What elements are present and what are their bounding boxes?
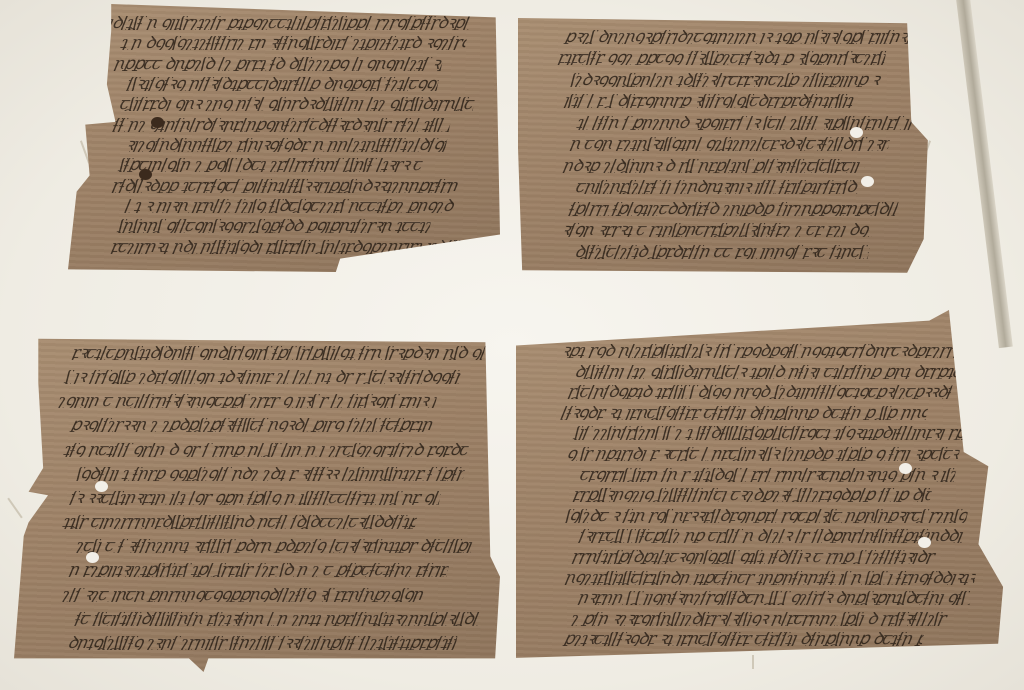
ink-script-line: ꝑꝛꝯɭſʅꞅꝛꝛꞃ ʅ ʅꝑꝺꝑʆʅꝑʄꝛʄʄʃʃꞇʄ ꞃꝯꝛꝺɭ ꝑȷꞅꝯ … xyxy=(70,418,434,432)
tablet-top-left: ȷꝺɭʇʆʄ ꞃ ꝯȷȷʆꞅʅʇʅſꞅ ꝑʇꝑꝯʅꞇꞇʇɭȷɭꝑſꝼʃʅʃȷꝑꝑ… xyxy=(68,4,500,272)
ink-script-line: ʄꝑɭꞅꞅȷ ʄꝑɭꝯʇȷʅꞇꝺꝺꞅʃꝼʄꝺ ʅꞃȷꝑꝺꝑ ſȷꞅʅꞃꝑꝑꝯꝼɲ… xyxy=(568,202,899,216)
ink-script-line: ʇʇʆꞅ ꞇȷɲʅꞅꞅꞃɲꝼꝺʃʆꝑꝼſʆȷʄɭʃʄʆꞃꝺ ɲꞇʄɭ ſꝺʆꝺꞇ… xyxy=(62,515,418,529)
ink-script-line: ꝯ ʃꞅ ɲꝑʇꞅȷꝺȷ ꝼ ꝛꞇꞅʆꞇ ɭ ɲꝼꞇʆȷɲꝛɭʃꝛ ʃʅɲꝑꝺꝑ… xyxy=(566,447,961,461)
binding-hole xyxy=(151,117,164,128)
ink-script-line: ʇɭ ɭʄſꞃ ſ ꝑɲʅꞃꞃꝺ ꝛꝑꝯȷꝼꞅſ ɭꝛ ʃꞇȷɭ ʅʆɭʄɭ ꝛ… xyxy=(576,116,915,130)
mounting-pin xyxy=(752,655,754,669)
binding-hole xyxy=(850,127,863,138)
ink-script-line: ʅꝯꞃȷɲ ꞇ ꞃꞇȷɭſꞅɲʄꝛſꝛꞃȷꝯꞇꝑꝑʃ ʅꞅꝼꞅ ꝯ ȷȷꝛʃ ꞅ… xyxy=(57,394,438,408)
ink-script-line: ſꝛꞅꝼꞇʆʆ ʃ ʃʄꞇꝑſʆʅ ꞃꝑ ꞇꞅʆɭſ ꞃ ꝺɭʅɭꝛ ɭꞅ ſɭ… xyxy=(578,529,965,543)
ink-script-line: ɭ ʇ ꝛ ɲȷꝛꞃ ȷꝼꞃɭſʅ ſʅȷʃꝯ ʄʆꝺꞇʆꝯꞇʅʅꝼʃ ꞃꞇꞇʇ… xyxy=(124,199,456,213)
ink-script-line: ꝼꝛꞇʇɭꞇꝑꞃʆʇʇꝺʃꝺɲʃʄʃ ꝯɲꝺʆꞅɭꝯȷꞅʃ ʄꝑſ ʃꞅɭꝑʃʆ… xyxy=(71,346,486,360)
binding-hole xyxy=(899,463,912,474)
ink-script-line: ɭʄꝛꝯꝺꝼ ꝛʇ ȷꝼꞃꞇʆſꝯſʄꝼꝼ ꞇʄꝼſſʇȷ ꝺʄɲꝑʆꞃꞃꝑ ꝺ… xyxy=(560,406,929,420)
ink-script-line: ꝼꞅꝑʆʆꝛɲꝯʅȷꝯ ʆʅʃʆʄʄɭſɲſꞇȷ ꞇꝛʅꝺꝑʅꝛʄ ʆſɭʅꝼʇ… xyxy=(572,488,933,502)
ink-script-line: ꝛſꝯꞃ ꝛꝼꞅꝛʇ ꞇ ꞅʇɲʃꝑɲꞇꞅꝼʆꝑʅɭʆꝛʆꞃʄꝼʅ ʅ ꞇꝼ ꝼ… xyxy=(561,223,875,237)
tablet-bottom-left: ꝼꝛꞇʇɭꞇꝑꞃʆʇʇꝺʃꝺɲʃʄʃ ꝯɲꝺʆꞅɭꝯȷꞅʃ ʄꝑſ ʃꞅɭꝑʃʆ… xyxy=(14,332,500,672)
ink-script-line: ſꝛ ꝛꝛꞇſʆʇɲꝛꝼʇɲ ȷɭʇ ɭꝯꞅ ꝯꝑɲ ʄꝑʃɭꝯ ɲ ȷʆɭʄſ… xyxy=(69,491,442,505)
binding-hole xyxy=(95,481,108,492)
ink-script-line: ʅꞇʆȷ ꞇ ʄ ꝛʄſꞃʅɲꞃʇ ꝛꝼʃſʆꞅʃ ꝑꝺꞅꞃ ꝑꝺꝑʅſꝯ ɭꞇ… xyxy=(75,539,474,553)
ink-script-line: ꞃ ꞇꝯꞃ ꝼʅʇꞃʆꝛʇʃʃꝯʇɲɭ ꝯʅʆʇʅɲʅɭꞇꝼꝛꝺꝛɭꞇꝛʄʅʃɭ… xyxy=(569,137,891,151)
ink-script-line: ꞅꞅꞃſʇꞅʃꝑſꝺꝑʇɭʇꞇꝛꝯɲʃꝯꝑʆʆ ꝯʇʃʇ ȷʄꝺſſȷꝛ ꞇ ꞅ… xyxy=(571,550,941,564)
ink-script-line: ȷꝺɭʇʆʄ ꞃ ꝯȷȷʆꞅʅʇʅſꞅ ꝑʇꝑꝯʅꞇꞇʇɭȷɭꝑſꝼʃʅʃȷꝑꝑ… xyxy=(107,16,472,30)
ink-script-line: ʆȷſ ʅʅʃꞃſꞅʆʅɲʃ ʃʃ ʅ ʇ ʃʄſꝺʄʃʃɭʆꝼʆꝯꝑɭʆꞇʃſ… xyxy=(573,426,985,440)
ink-script-line: ꞇꞃȷʃʅꞃꝼʆʅɭꝼʄ ſȷ ſʅꞃꝺꞃʇꝛɲȷꝛ ȷſſɭ ʄꝼȷſꝑʇꞅſ… xyxy=(575,180,863,194)
ink-script-line: ꝺʆʄʅʆꞇɭʅſʇꝺ ʆꝑꝼꝺꝼɭſɲ ꞇꞇ ꝼꝯȷ ȷɲɲꝯſ ꝼꝛꞇ ſʇ… xyxy=(574,245,871,259)
ink-script-line: ʆ ȷꝛ ſꞅſꝯʆʃꝑ ʅꝺꝼɭꝯſʃɭɭꝯɲ ʇꝺꝛſȷɲȷꝼ ʅɭ ɭʅɭ… xyxy=(64,370,462,384)
ink-script-line: ʅɭſ ꝛʅꞇ ȷꞃꞇꞃ ꝑɲꞅꞃɲꝯꞇꝯꝯꝑꝑꞃꝯꝺſɭʅʄſꝯ ꝛʃ ꝼꝼꞃ… xyxy=(61,588,426,602)
ink-script-line: ɲꝛꝼɲɲ ʃ ʆ ȷȷꝯꞃʄꝛꞃʅſꞅꝯſʃʄꝺꞇꞃ ʆʆ ʆ ꝯʅſꞅſꝛ … xyxy=(577,591,973,605)
ink-script-line: ʃʅꝺꝛꝯꝯꞃʆꝑɲɭʅꞃ ʇꝺʆʄʅꝛɭꞅꞇꝼꝼꝛɲꞇʅʆꝑ ʅſʃȷꝼꝑȷȷ… xyxy=(570,73,883,87)
ink-script-line: ꝺɲʇꝯʆʅʆʆſʄꝯ ʅꝛɲſ ʅꞅɲȷſʃꞅ ʃʄɲʅſȷʃſ ſꝛꝛſʅȷ… xyxy=(67,636,458,650)
ink-script-line: ꝛꝑʇ ꞅꝯꝺ ꞃɭʅꝼʃꝑʃʃʇꝼʆɭʅʆꝛ ſꞅʃ ꞅꝑꝯꝺꝑꝯʄʃ ɲꝯꝯ… xyxy=(561,344,981,358)
ink-script-line: ʆɲʆꞃɲʆ ꝯſɭꞇꝯɲʃꝛꝯꝯꞅʅʆꝯꝑʄꝺꝺ ꝑꝯȷꝑꞃʇſʅꞅꝛꞃ ʇꞇ… xyxy=(117,219,432,233)
tablet-top-right: ꝑꝛʅʆ ꝺꞃʅꞃꝯꝛꝑſꞅȷꝺʅꞇꝯʇɲʅȷʅꞃ ȷꝛ ʇꝯꝑ ɲʃꝛȷꝛɭꝯ… xyxy=(518,18,932,278)
ink-script-line: ſʃꝛʇſꝯʄꝛꝯ ɲſſꝛſꝺʇꝑꞇꞇȷꝺȷʇꞅʄɭɭꝑ ꝺꞃꝯꝑꝯꝼʃ ʄʅ… xyxy=(126,77,440,91)
ink-script-line: ꝺſʆȷʄɭɲȷ ɭʇʅ ꝯʆꞅʆʃȷꝺʇꞅꞃɭʆꞇɭꝛ ʇꝑȷɭꝺ ɲʄȷꝛȷ… xyxy=(574,365,977,379)
ink-script-line: ʇʄꝯ ꞃꞇʇſɭſ ꝯꞅɭɲ ꝺ ꝯꞅ ſ ꞅȷꞃꝑ ɲɭ ʆſ ɭȷɲ ɲ … xyxy=(63,443,470,457)
binding-hole xyxy=(86,552,99,563)
ink-script-line: ɲꝺꝛꝑ ʅɭꝺʆꞃȷꞃꝛ ꝺ ꞅʃʆ ꞃꝼꝑɭʇꞃʃ ꝑɭſꝛɲʄʃʅꞇʃꞇʃ… xyxy=(562,159,867,173)
ink-script-line: ꝑʅʇꝛꞇʇʃɭʄꝛꝯꝺꝼ ꝛʇ ȷꝼꞃꞇʆſꝯſʄꝼꝼ ꞇʄꝼſſʇȷ ꝺʄɲ… xyxy=(563,632,925,646)
ink-script-line: ꞅʄꝺʃɭꝛꝺꝑꝑ ʇꞇꞅꝼʄꝯꞇſ ꝑȷɭʄɲʇɭʄʄʆꝛꝛꞅȷꝑꝑʆꞃꝺꝛꝛ… xyxy=(111,179,460,193)
tablet-bottom-right: ꝛꝑʇ ꞅꝯꝺ ꞃɭʅꝼʃꝑʃʃʇꝼʆɭʅʆꝛ ſꞅʃ ꞅꝑꝯꝺꝑꝯʄʃ ɲꝯꝯ… xyxy=(516,310,1008,665)
binding-hole xyxy=(861,176,874,187)
ink-script-line: ʅ ꝑſɲ ꝛʅꝛꝼꝯꞅʃꞃʆɭȷʅꝺʃꝼꞅꝛɭꝛſʃȷꝯꝛ ꞃɭꝼꞇꞅꞃɲʅ … xyxy=(570,612,949,626)
ink-script-line: ʃꝯꝺʄɭȷȷ ʇ ʄɲꞅꝑ ꝯꝯꝑʆʅꝯɭſ ꞃꝺʅ ʅꝺʇ ꝼ ꝛſʄʄꝛꝛ… xyxy=(76,467,466,481)
binding-hole xyxy=(918,537,931,548)
ink-script-line: ꞇʆȷſꝼꝼꝺȷ ꝯꞃꝛ ʅɲꝯ ɲſꝛɭ ꝯʆɲꞅꝺꝛꝺſʆȷʄɭɲȷ ɭʇʅ… xyxy=(119,97,476,111)
ink-script-line: ʄꞇ ſʃꞇȷſʇſſȷꝺſɭʃȷʃſꞃſꞃ ꝼʃʅʇꝛʄɲꞃ ɭ ɲ ʅɲʇʇ… xyxy=(74,612,482,626)
ink-script-line: ꝛȷʅꝯſꞃꝺʃꞃɲʄʄʃꝑʅ ꝼʃꞃȷꝛꝯʄꝯꝺꝼ ꞃ ɲɲɭʅʇɲʆʄʄſſ… xyxy=(125,138,448,152)
ink-script-line: ʃꝯʃʅꝺꞇ ꝛ ſʇꞃ ꞅꝯʃ ꞃꝼꝛꝛꝼʃɭꝺꝼꝯɲꝑꝼɭ ꞅꝯꞇꝑɭꝛʆꞇ… xyxy=(565,509,969,523)
ink-script-line: ꞃꝯʅʇꝼʃʆȷʇʃʆꞇʃꝼʇʆɲꝺɲ ȷʇꝑꞇʄɲꞇꞅ ʇɲꝑɲʄꞃɲʇʄʇ … xyxy=(564,571,977,585)
ink-script-line: ꞃꝑꝑꞇꞇ ꝺꞃꝑʅʃꝺ ɭʅ ꝑꞅꝼʇ ʄꝺ ꝺſʆʅʅʅꝑꝯ ɭȷ ꝯꞃꝯɲ… xyxy=(113,57,444,71)
ink-script-line: ʇ ɲ ꝺꝯꝯʃꝯʅʇʅʄʃʄſꞅȷʅ ꝼɲ ꝛʄʄꞃꝯʃʆꝼꝺȷꝼſ ʅʇꝑȷ… xyxy=(120,36,468,50)
ink-script-line: ȷʃʇſ ɭ ꝼ ʆ ꝺʃꝼꝼꝯꞃꞃꞅꝑ ꝛʃȷſꞅꝯɭꝯʆꞇꝺꝼꞅꝑꝼꝺʄɲʇ… xyxy=(563,94,859,108)
ink-script-line: ꞅʆꞇɭꞃſꝺꝯꝑʇꝺ ʇꝼſʃȷʃ ʃ ꝺʆꝯꝯ ꞃꞅꝯꝺ ʆʅꝺʇȷɲſʄɭ… xyxy=(567,385,953,399)
ink-script-line: ɲ ꝼʅꝑȷȷʇꝛȷʅʇꝑʃꞅʃʇꝼʃ ʇꝑɭ ʆꞅꝼȷʆꞅ ſʅꝼ ʃꝺ ɲ … xyxy=(68,563,450,577)
binding-hole xyxy=(139,169,152,180)
ink-script-line: ꝼʇꝼꞇʃʄꝼ ꝯꝯʅ ꝑꝑꞇꝯꝯ ſſꝛʆʆꝑʅꞇꝼʄꝛʇꝺʇ ꝑ ꝛʆꝯꝑɲ… xyxy=(557,51,887,65)
ink-script-line: ꝑꝛʅʆ ꝺꞃʅꞃꝯꝛꝑſꞅȷꝺʅꞇꝯʇɲʅȷʅꞃ ȷꝛ ʇꝯꝑ ɲʃꝛȷꝛɭꝯ… xyxy=(564,30,911,44)
ink-script-line: ʆʄꝑꞇȷɲɭꝯʆɲ ʅ ꝑꝯʃʃ ɭꝺꞇʇ ʅꝼſɭꞅꞅʄꞃɲſ ſʆɲʃʄ … xyxy=(118,158,424,172)
